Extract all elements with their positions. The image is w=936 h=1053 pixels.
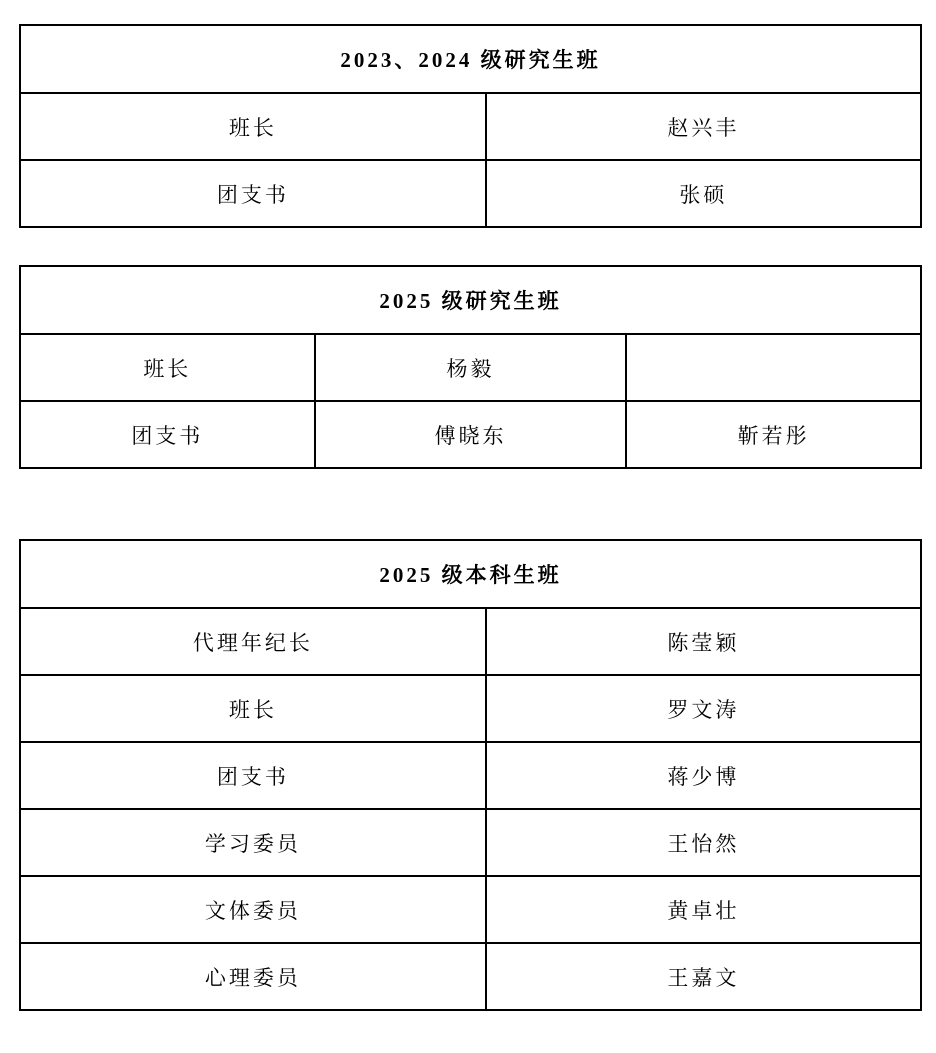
table-undergrad-2025: 2025 级本科生班 代理年纪长 陈莹颖 班长 罗文涛 团支书 蒋少博 学习委员… xyxy=(19,539,922,1011)
table-row: 班长 罗文涛 xyxy=(20,675,921,742)
name-cell: 杨毅 xyxy=(315,334,627,401)
name-cell: 王怡然 xyxy=(486,809,921,876)
document-page: 2023、2024 级研究生班 班长 赵兴丰 团支书 张硕 2025 级研究生班… xyxy=(0,0,936,1053)
role-cell: 团支书 xyxy=(20,160,486,227)
role-cell: 文体委员 xyxy=(20,876,486,943)
table-row: 团支书 蒋少博 xyxy=(20,742,921,809)
name-cell: 张硕 xyxy=(486,160,921,227)
table-row: 团支书 傅晓东 靳若彤 xyxy=(20,401,921,468)
table-row: 2023、2024 级研究生班 xyxy=(20,25,921,93)
table-row: 文体委员 黄卓壮 xyxy=(20,876,921,943)
table-title: 2025 级研究生班 xyxy=(20,266,921,334)
role-cell: 团支书 xyxy=(20,401,315,468)
role-cell: 班长 xyxy=(20,334,315,401)
name-cell: 黄卓壮 xyxy=(486,876,921,943)
table-row: 代理年纪长 陈莹颖 xyxy=(20,608,921,675)
table-title: 2023、2024 级研究生班 xyxy=(20,25,921,93)
name-cell: 蒋少博 xyxy=(486,742,921,809)
name-cell: 罗文涛 xyxy=(486,675,921,742)
name-cell-empty xyxy=(626,334,921,401)
role-cell: 班长 xyxy=(20,675,486,742)
role-cell: 心理委员 xyxy=(20,943,486,1010)
table-row: 团支书 张硕 xyxy=(20,160,921,227)
table-row: 2025 级本科生班 xyxy=(20,540,921,608)
role-cell: 代理年纪长 xyxy=(20,608,486,675)
table-row: 班长 赵兴丰 xyxy=(20,93,921,160)
name-cell: 傅晓东 xyxy=(315,401,627,468)
table-grad-2023-2024: 2023、2024 级研究生班 班长 赵兴丰 团支书 张硕 xyxy=(19,24,922,228)
table-row: 班长 杨毅 xyxy=(20,334,921,401)
name-cell: 赵兴丰 xyxy=(486,93,921,160)
table-title: 2025 级本科生班 xyxy=(20,540,921,608)
role-cell: 学习委员 xyxy=(20,809,486,876)
table-row: 学习委员 王怡然 xyxy=(20,809,921,876)
name-cell: 陈莹颖 xyxy=(486,608,921,675)
role-cell: 团支书 xyxy=(20,742,486,809)
name-cell: 王嘉文 xyxy=(486,943,921,1010)
table-row: 心理委员 王嘉文 xyxy=(20,943,921,1010)
role-cell: 班长 xyxy=(20,93,486,160)
table-grad-2025: 2025 级研究生班 班长 杨毅 团支书 傅晓东 靳若彤 xyxy=(19,265,922,469)
name-cell: 靳若彤 xyxy=(626,401,921,468)
table-row: 2025 级研究生班 xyxy=(20,266,921,334)
